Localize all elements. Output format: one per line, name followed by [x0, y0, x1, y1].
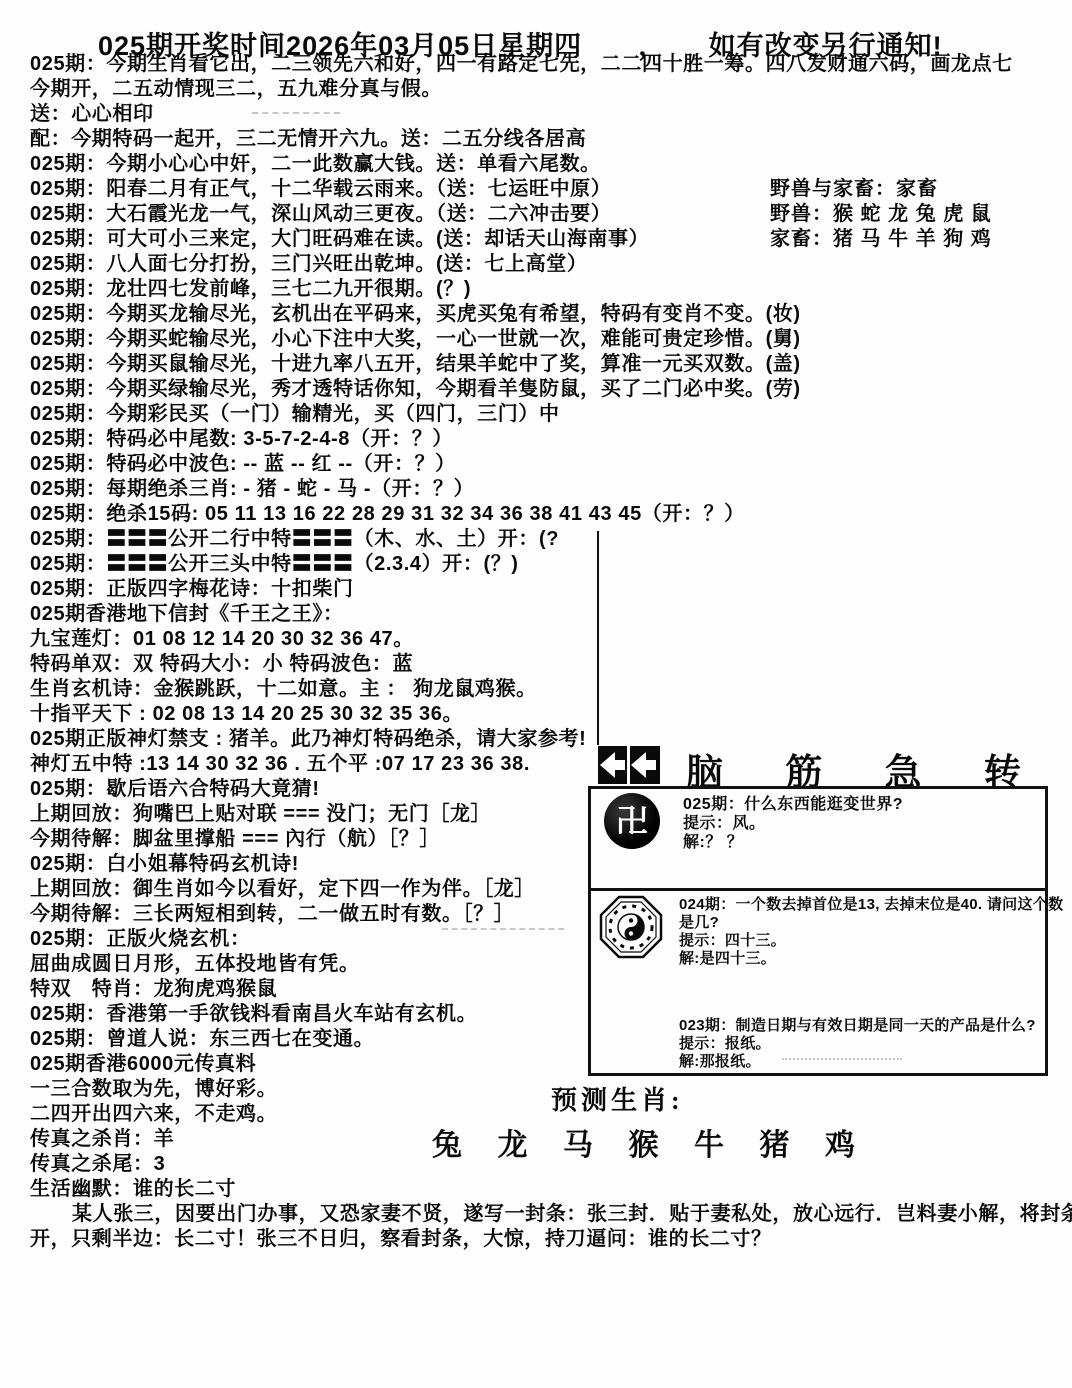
text-line: 025期香港地下信封《千王之王》：: [30, 602, 1044, 627]
line-text: 提示：四十三。: [679, 932, 786, 949]
text-line: 025期：大石霞光龙一气，深山风动三更夜。（送：二六冲击要）野兽：猴 蛇 龙 兔…: [30, 202, 1044, 227]
line-text: 025期：今期买鼠输尽光，十进九率八五开，结果羊蛇中了奖，算准一元买双数。(盖): [30, 353, 801, 375]
text-line: 025期：八人面七分打扮，三门兴旺出乾坤。(送：七上高堂）: [30, 252, 1044, 277]
text-line: 解:是四十三。: [679, 950, 1063, 968]
text-line: 025期：今期买绿输尽光，秀才透特话你知，今期看羊隻防鼠，买了二门必中奖。(劳): [30, 377, 1044, 402]
text-line: 025期：今期彩民买（一门）输精光，买（四门，三门）中: [30, 402, 1044, 427]
text-line: 025期：今期买蛇输尽光，小心下注中大奖，一心一世就一次，难能可贵定珍惜。(舅): [30, 327, 1044, 352]
line-text: 025期：龙壮四七发前峰，三七二九开很期。(？): [30, 278, 471, 300]
text-line: 一三合数取为先，博好彩。: [30, 1077, 1044, 1102]
line-text: 开，只剩半边：长二寸！张三不日归，察看封条，大惊，持刀逼问：谁的长二寸？: [30, 1228, 772, 1250]
line-text: 某人张三，因要出门办事，又恐家妻不贤，遂写一封条：张三封．贴于妻私处，放心远行．…: [72, 1203, 1072, 1225]
text-line: 生活幽默：谁的长二寸: [30, 1177, 1044, 1202]
line-text: 025期：歇后语六合特码大竟猜!: [30, 778, 320, 800]
line-text: 今期待解：脚盆里撑船 === 內行（航）［？］: [30, 828, 440, 850]
prediction-zodiacs: 兔 龙 马 猴 牛 猪 鸡: [432, 1120, 869, 1164]
text-line: 生肖玄机诗：金猴跳跃，十二如意。主 ： 狗龙鼠鸡猴。: [30, 677, 1044, 702]
brain-teaser-header: 脑 筋 急 转 弯: [598, 744, 1050, 786]
double-arrow-logo-icon: [598, 746, 660, 784]
line-text: 解:那报纸。: [679, 1053, 761, 1070]
line-text: 025期：今期彩民买（一门）输精光，买（四门，三门）中: [30, 403, 560, 425]
line-text: 025期：八人面七分打扮，三门兴旺出乾坤。(送：七上高堂）: [30, 253, 587, 275]
line-text: 025期：绝杀15码: 05 11 13 16 22 28 29 31 32 3…: [30, 503, 745, 525]
text-line: 024期：一个数去掉首位是13, 去掉末位是40. 请问这个数: [679, 896, 1063, 914]
text-line: 特码单双：双 特码大小：小 特码波色：蓝: [30, 652, 1044, 677]
text-line: 是几?: [679, 914, 1063, 932]
line-text: 提示：风。: [683, 815, 766, 832]
text-line: 025期：〓〓〓公开三头中特〓〓〓（2.3.4）开：(？): [30, 552, 1044, 577]
line-text: 025期香港地下信封《千王之王》：: [30, 603, 344, 625]
line-text: 025期：今期生肖看它出，二三领先六和好，四一有路定七先，二二四十胜一筹。四八发…: [30, 53, 1013, 75]
zodiac-annotation: 家畜：猪 马 牛 羊 狗 鸡: [770, 227, 992, 252]
line-text: 解:？ ？: [683, 834, 743, 851]
text-line: 025期：今期小心心中奸，二一此数赢大钱。送：单看六尾数。: [30, 152, 1044, 177]
text-line: 025期：阳春二月有正气，十二华载云雨来。（送：七运旺中原）野兽与家畜：家畜: [30, 177, 1044, 202]
bagua-yinyang-seal-icon: [599, 895, 663, 959]
text-line: 解:？ ？: [683, 833, 903, 852]
line-text: 023期：制造日期与有效日期是同一天的产品是什么?: [679, 1017, 1036, 1034]
text-line: 开，只剩半边：长二寸！张三不日归，察看封条，大惊，持刀逼问：谁的长二寸？: [30, 1227, 1044, 1252]
print-artifact: [782, 1058, 902, 1060]
line-text: 025期：白小姐幕特码玄机诗!: [30, 853, 299, 875]
text-line: 025期：今期生肖看它出，二三领先六和好，四一有路定七先，二二四十胜一筹。四八发…: [30, 52, 1044, 77]
line-text: 今期待解：三长两短相到转，二一做五时有数。［？］: [30, 903, 514, 925]
text-line: 提示：风。: [683, 814, 903, 833]
line-text: 一三合数取为先，博好彩。: [30, 1078, 277, 1100]
line-text: 上期回放：御生肖如今以看好，定下四一作为伴。［龙］: [30, 878, 535, 900]
line-text: 025期：正版四字梅花诗：十扣柴门: [30, 578, 354, 600]
line-text: 是几?: [679, 914, 719, 931]
brain-teaser-item-024: 024期：一个数去掉首位是13, 去掉末位是40. 请问这个数是几?提示：四十三…: [679, 896, 1063, 968]
zodiac-annotation: 野兽：猴 蛇 龙 兔 虎 鼠: [770, 202, 992, 227]
text-line: 025期：绝杀15码: 05 11 13 16 22 28 29 31 32 3…: [30, 502, 1044, 527]
line-text: 屈曲成圆日月形，五体投地皆有凭。: [30, 953, 360, 975]
text-line: 提示：四十三。: [679, 932, 1063, 950]
print-artifact: [252, 112, 340, 114]
line-text: 025期：曾道人说：东三西七在变通。: [30, 1028, 374, 1050]
line-text: 025期香港6000元传真料: [30, 1053, 256, 1075]
text-line: 某人张三，因要出门办事，又恐家妻不贤，遂写一封条：张三封．贴于妻私处，放心远行．…: [30, 1202, 1044, 1227]
lottery-tip-sheet: 025期开奖时间2026年03月05日星期四 ， 如有改变另行通知! 025期：…: [0, 0, 1072, 1388]
line-text: 传真之杀尾：3: [30, 1153, 165, 1175]
line-text: 025期：可大可小三来定，大门旺码难在读。(送：却话天山海南事）: [30, 228, 649, 250]
text-line: 解:那报纸。: [679, 1053, 1036, 1071]
text-line: 025期：今期买鼠输尽光，十进九率八五开，结果羊蛇中了奖，算准一元买双数。(盖): [30, 352, 1044, 377]
line-text: 解:是四十三。: [679, 950, 776, 967]
line-text: 025期正版神灯禁支 : 猪羊。此乃神灯特码绝杀，请大家参考!: [30, 728, 586, 750]
line-text: 今期开，二五动情现三二，五九难分真与假。: [30, 78, 442, 100]
line-text: 传真之杀肖：羊: [30, 1128, 174, 1150]
text-line: 023期：制造日期与有效日期是同一天的产品是什么?: [679, 1017, 1036, 1035]
line-text: 025期：特码必中尾数: 3-5-7-2-4-8（开：？）: [30, 428, 453, 450]
line-text: 025期：今期小心心中奸，二一此数赢大钱。送：单看六尾数。: [30, 153, 601, 175]
line-text: 025期：香港第一手欲钱料看南昌火车站有玄机。: [30, 1003, 477, 1025]
line-text: 025期：〓〓〓公开三头中特〓〓〓（2.3.4）开：(？): [30, 553, 519, 575]
zodiac-annotation: 野兽与家畜：家畜: [770, 177, 938, 202]
line-text: 025期：特码必中波色: -- 蓝 -- 红 --（开：？）: [30, 453, 456, 475]
text-line: 025期：今期买龙输尽光，玄机出在平码来，买虎买兔有希望，特码有变肖不变。(妆): [30, 302, 1044, 327]
brain-teaser-divider: [591, 888, 1045, 891]
line-text: 025期：〓〓〓公开二行中特〓〓〓（木、水、土）开：(?: [30, 528, 559, 550]
line-text: 九宝莲灯：01 08 12 14 20 30 32 36 47。: [30, 628, 414, 650]
line-text: 025期：大石霞光龙一气，深山风动三更夜。（送：二六冲击要）: [30, 203, 611, 225]
text-line: 提示：报纸。: [679, 1035, 1036, 1053]
line-text: 上期回放：狗嘴巴上贴对联 === 没门；无门［龙］: [30, 803, 491, 825]
swastika-seal-icon: 卍: [604, 793, 660, 849]
line-text: 025期：今期买龙输尽光，玄机出在平码来，买虎买兔有希望，特码有变肖不变。(妆): [30, 303, 801, 325]
line-text: 025期：正版火烧玄机：: [30, 928, 251, 950]
text-line: 025期：龙壮四七发前峰，三七二九开很期。(？): [30, 277, 1044, 302]
text-line: 025期：每期绝杀三肖: - 猪 - 蛇 - 马 -（开：？）: [30, 477, 1044, 502]
text-line: 十指平天下 : 02 08 13 14 20 25 30 32 35 36。: [30, 702, 1044, 727]
line-text: 配：今期特码一起开，三二无情开六九。送：二五分线各居高: [30, 128, 586, 150]
line-text: 025期：每期绝杀三肖: - 猪 - 蛇 - 马 -（开：？）: [30, 478, 474, 500]
text-line: 今期开，二五动情现三二，五九难分真与假。: [30, 77, 1044, 102]
brain-teaser-item-023: 023期：制造日期与有效日期是同一天的产品是什么?提示：报纸。解:那报纸。: [679, 1017, 1036, 1071]
line-text: 二四开出四六来，不走鸡。: [30, 1103, 277, 1125]
text-line: 025期：特码必中波色: -- 蓝 -- 红 --（开：？）: [30, 452, 1044, 477]
text-line: 025期：特码必中尾数: 3-5-7-2-4-8（开：？）: [30, 427, 1044, 452]
text-line: 025期：可大可小三来定，大门旺码难在读。(送：却话天山海南事）家畜：猪 马 牛…: [30, 227, 1044, 252]
line-text: 特双 特肖：龙狗虎鸡猴鼠: [30, 978, 277, 1000]
line-text: 025期：什么东西能逛变世界?: [683, 796, 903, 813]
line-text: 十指平天下 : 02 08 13 14 20 25 30 32 35 36。: [30, 703, 463, 725]
brain-teaser-box: 卍 025期：什么东西能逛变世界?提示：风。解:？ ？ 024期：一个数去掉首位…: [588, 786, 1048, 1076]
vertical-divider-line: [597, 531, 599, 745]
line-text: 025期：今期买蛇输尽光，小心下注中大奖，一心一世就一次，难能可贵定珍惜。(舅): [30, 328, 801, 350]
brain-teaser-item-025: 025期：什么东西能逛变世界?提示：风。解:？ ？: [683, 795, 903, 852]
text-line: 025期：正版四字梅花诗：十扣柴门: [30, 577, 1044, 602]
line-text: 025期：今期买绿输尽光，秀才透特话你知，今期看羊隻防鼠，买了二门必中奖。(劳): [30, 378, 801, 400]
text-line: 025期：〓〓〓公开二行中特〓〓〓（木、水、土）开：(?: [30, 527, 1044, 552]
line-text: 提示：报纸。: [679, 1035, 771, 1052]
line-text: 025期：阳春二月有正气，十二华载云雨来。（送：七运旺中原）: [30, 178, 611, 200]
line-text: 神灯五中特 :13 14 30 32 36 . 五个平 :07 17 23 36…: [30, 753, 530, 775]
text-line: 配：今期特码一起开，三二无情开六九。送：二五分线各居高: [30, 127, 1044, 152]
text-line: 九宝莲灯：01 08 12 14 20 30 32 36 47。: [30, 627, 1044, 652]
line-text: 特码单双：双 特码大小：小 特码波色：蓝: [30, 653, 413, 675]
print-artifact: [442, 928, 564, 930]
line-text: 生肖玄机诗：金猴跳跃，十二如意。主 ： 狗龙鼠鸡猴。: [30, 678, 537, 700]
line-text: 送：心心相印: [30, 103, 154, 125]
text-line: 送：心心相印: [30, 102, 1044, 127]
text-line: 025期：什么东西能逛变世界?: [683, 795, 903, 814]
line-text: 生活幽默：谁的长二寸: [30, 1178, 236, 1200]
line-text: 024期：一个数去掉首位是13, 去掉末位是40. 请问这个数: [679, 896, 1063, 913]
prediction-label: 预测生肖:: [551, 1080, 684, 1117]
swastika-glyph: 卍: [616, 793, 648, 849]
